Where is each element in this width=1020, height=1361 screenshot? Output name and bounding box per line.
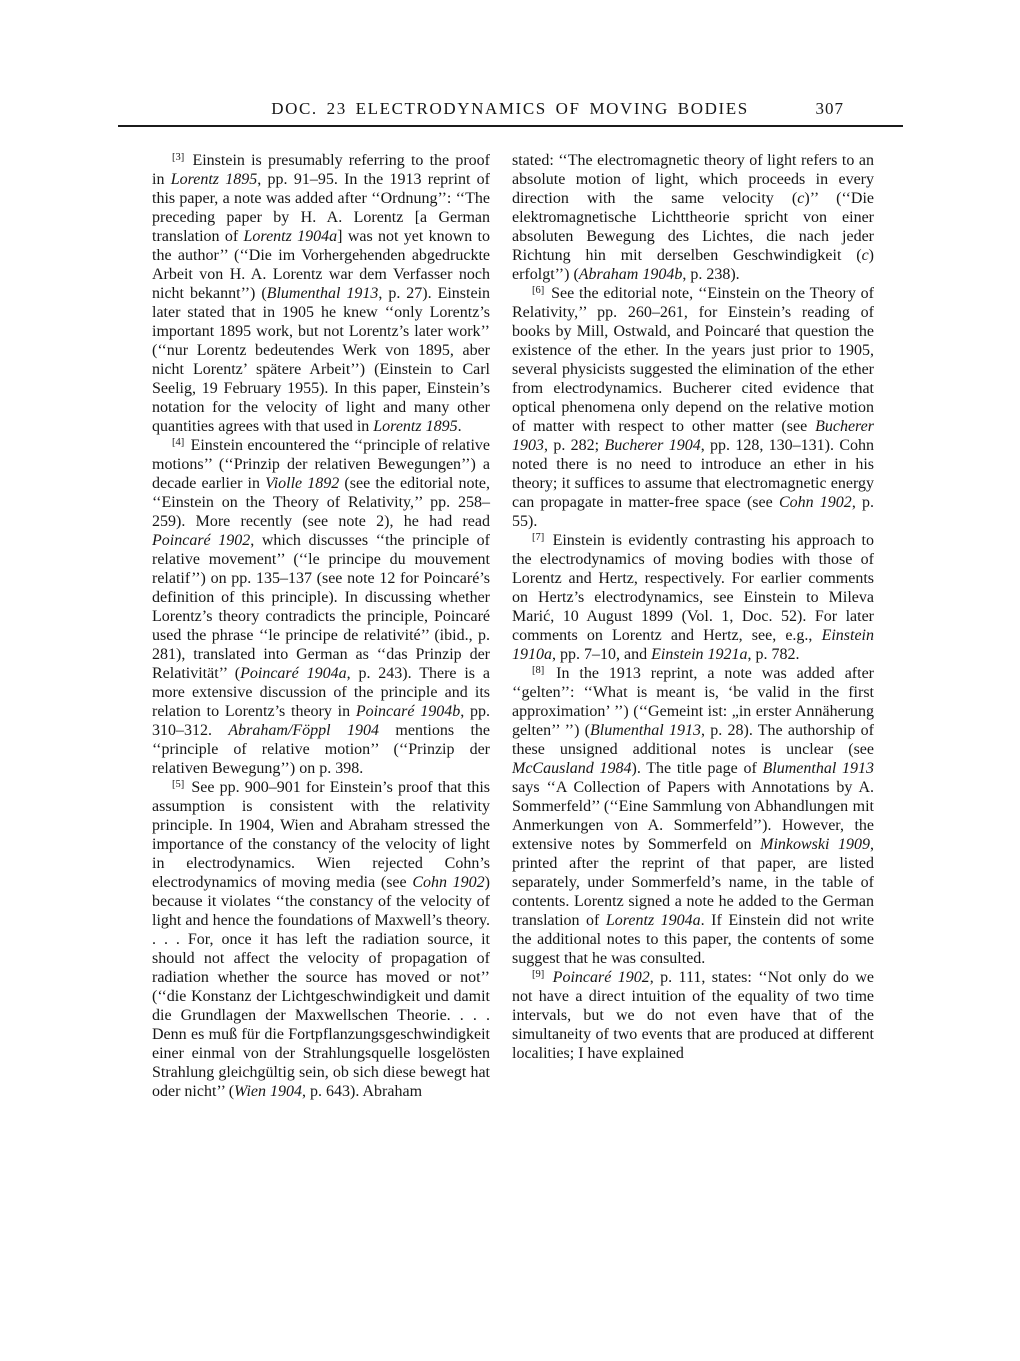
citation-italic: Lorentz 1895 xyxy=(373,418,457,435)
page-number: 307 xyxy=(816,99,845,119)
citation-italic: Lorentz 1904a xyxy=(606,912,701,929)
body-text: , p. 27). Einstein later stated that in … xyxy=(152,285,490,435)
column-right: stated: ‘‘The electromagnetic theory of … xyxy=(512,151,874,1101)
citation-italic: Blumenthal 1913 xyxy=(763,760,875,777)
body-text: ). The title page of xyxy=(632,760,763,777)
running-head-title: DOC. 23 ELECTRODYNAMICS OF MOVING BODIES xyxy=(120,99,900,119)
body-text: Einstein is evidently contrasting his ap… xyxy=(512,532,874,644)
footnote-6: [6] See the editorial note, ‘‘Einstein o… xyxy=(512,284,874,531)
citation-italic: Poincaré 1904a xyxy=(240,665,347,682)
citation-italic: Blumenthal 1913 xyxy=(590,722,701,739)
citation-italic: Lorentz 1895 xyxy=(171,171,258,188)
footnote-8: [8] In the 1913 reprint, a note was adde… xyxy=(512,664,874,968)
citation-italic: Cohn 1902 xyxy=(779,494,852,511)
citation-italic: Lorentz 1904a xyxy=(244,228,338,245)
body-text: ) because it violates ‘‘the constancy of… xyxy=(152,874,490,1100)
body-text: , p. 782. xyxy=(748,646,800,663)
body-text: , p. 643). Abraham xyxy=(302,1083,422,1100)
column-left: [3] Einstein is presumably referring to … xyxy=(152,151,490,1101)
footnote-marker: [4] xyxy=(172,437,184,448)
citation-italic: Minkowski 1909 xyxy=(760,836,870,853)
footnote-marker: [3] xyxy=(172,152,184,163)
citation-italic: c xyxy=(862,247,869,264)
book-page: DOC. 23 ELECTRODYNAMICS OF MOVING BODIES… xyxy=(0,0,1020,1361)
footnote-marker: [5] xyxy=(172,779,184,790)
citation-italic: Abraham/Föppl 1904 xyxy=(228,722,379,739)
body-text: , p. 238). xyxy=(682,266,739,283)
footnote-marker: [8] xyxy=(532,665,544,676)
body-text: See the editorial note, ‘‘Einstein on th… xyxy=(512,285,874,435)
citation-italic: Poincaré 1904b xyxy=(356,703,460,720)
footnote-3: [3] Einstein is presumably referring to … xyxy=(152,151,490,436)
citation-italic: Abraham 1904b xyxy=(579,266,683,283)
citation-italic: Blumenthal 1913 xyxy=(267,285,379,302)
footnote-7: [7] Einstein is evidently contrasting hi… xyxy=(512,531,874,664)
footnote-9: [9] Poincaré 1902, p. 111, states: ‘‘Not… xyxy=(512,968,874,1063)
footnote-marker: [9] xyxy=(532,969,544,980)
body-text: , p. 282; xyxy=(544,437,604,454)
citation-italic: McCausland 1984 xyxy=(512,760,632,777)
body-text: , pp. 7–10, and xyxy=(552,646,651,663)
citation-italic: Violle 1892 xyxy=(265,475,339,492)
citation-italic: Wien 1904 xyxy=(234,1083,302,1100)
citation-italic: Cohn 1902 xyxy=(412,874,484,891)
header-rule xyxy=(118,125,903,127)
footnote-5: [5] See pp. 900–901 for Einstein’s proof… xyxy=(152,778,490,1101)
body-text: . xyxy=(458,418,462,435)
footnote-marker: [7] xyxy=(532,532,544,543)
text-columns: [3] Einstein is presumably referring to … xyxy=(152,151,874,1101)
footnote-4: [4] Einstein encountered the ‘‘principle… xyxy=(152,436,490,778)
citation-italic: Einstein 1921a xyxy=(651,646,747,663)
citation-italic: Bucherer 1904 xyxy=(604,437,700,454)
citation-italic: Poincaré 1902 xyxy=(152,532,250,549)
body-text: , which discusses ‘‘the principle of rel… xyxy=(152,532,490,682)
footnote-continuation: stated: ‘‘The electromagnetic theory of … xyxy=(512,151,874,284)
footnote-marker: [6] xyxy=(532,285,544,296)
citation-italic: Poincaré 1902 xyxy=(553,969,650,986)
